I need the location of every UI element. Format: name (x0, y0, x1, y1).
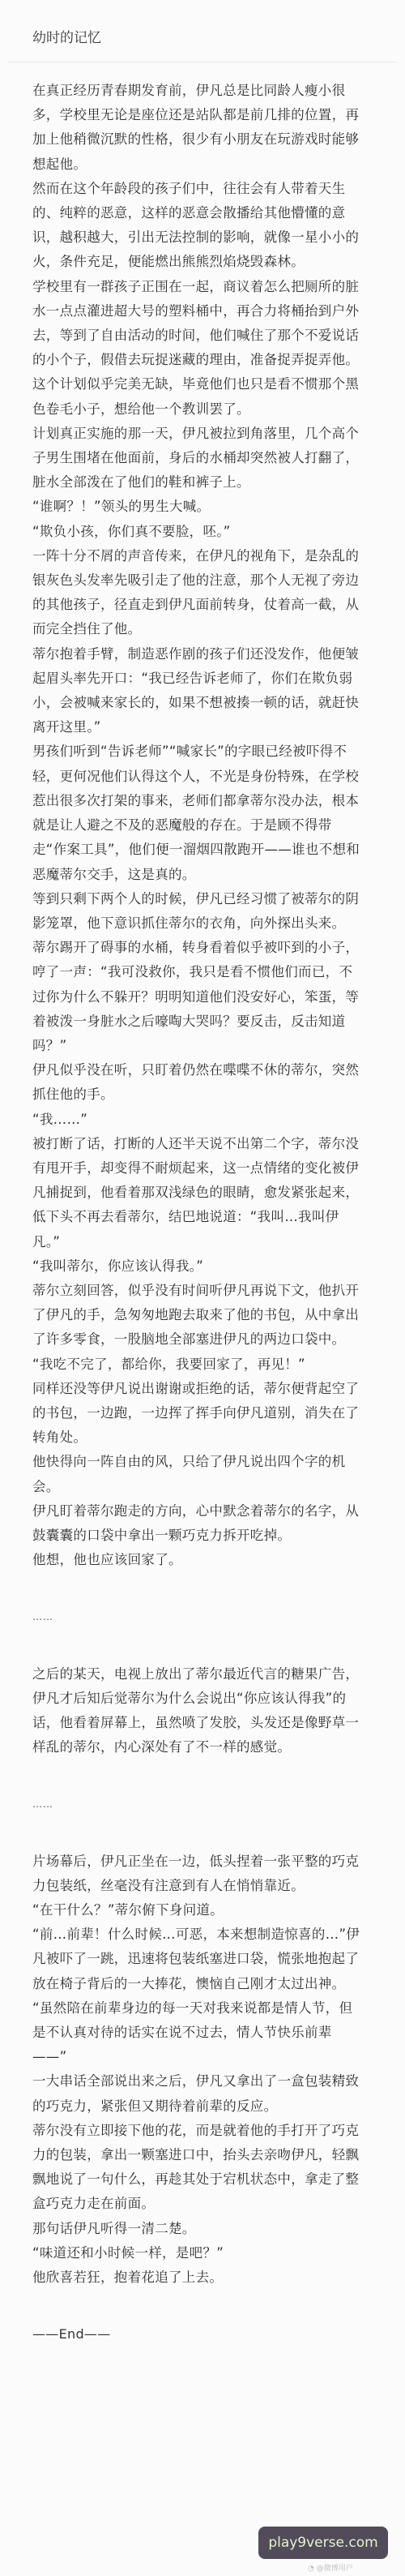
paragraph: 那句话伊凡听得一清二楚。 (32, 2217, 366, 2241)
paragraph: 蒂尔立刻回答，似乎没有时间听伊凡再说下文，他扒开了伊凡的手，急匆匆地跑去取来了他… (32, 1279, 366, 1352)
end-marker: ——End—— (32, 2326, 111, 2342)
end-row: ——End—— (32, 2322, 366, 2371)
paragraph: 同样还没等伊凡说出谢谢或拒绝的话，蒂尔便背起空了的书包，一边跑，一边挥了挥手向伊… (32, 1377, 366, 1451)
paragraph: “欺负小孩，你们真不要脸，呸。” (32, 520, 366, 544)
weibo-watermark: ◔ @微博用户 (308, 2562, 353, 2573)
paragraph: 这个计划似乎完美无缺，毕竟他们也只是看不惯那个黑色卷毛小子，想给他一个教训罢了。 (32, 372, 366, 421)
article-body: 在真正经历青春期发育前，伊凡总是比同龄人瘦小很多，学校里无论是座位还是站队都是前… (0, 62, 399, 2371)
paragraph: 之后的某天，电视上放出了蒂尔最近代言的糖果广告，伊凡才后知后觉蒂尔为什么会说出“… (32, 1662, 366, 1760)
paragraph: 伊凡盯着蒂尔跑走的方向，心中默念着蒂尔的名字，从鼓囊囊的口袋中拿出一颗巧克力拆开… (32, 1499, 366, 1548)
paragraph: 男孩们听到“告诉老师”“喊家长”的字眼已经被吓得不轻，更何况他们认得这个人，不光… (32, 739, 366, 886)
site-watermark-badge: play9verse.com (258, 2527, 388, 2559)
paragraph: “前…前辈！什么时候…可恶，本来想制造惊喜的…”伊凡被吓了一跳，迅速将包装纸塞进… (32, 1922, 366, 1996)
paragraph: “虽然陪在前辈身边的每一天对我来说都是情人节，但是不认真对待的话实在说不过去，情… (32, 1996, 366, 2070)
paragraph: 他快得向一阵自由的风，只给了伊凡说出四个字的机会。 (32, 1450, 366, 1498)
paragraph: “我……” (32, 1108, 366, 1132)
section-3: 片场幕后，伊凡正坐在一边，低头捏着一张平整的巧克力包装纸，丝毫没有注意到有人在悄… (32, 1849, 366, 2291)
paragraph: “谁啊？！”领头的男生大喊。 (32, 495, 366, 519)
section-2: 之后的某天，电视上放出了蒂尔最近代言的糖果广告，伊凡才后知后觉蒂尔为什么会说出“… (32, 1662, 366, 1760)
paragraph: 在真正经历青春期发育前，伊凡总是比同龄人瘦小很多，学校里无论是座位还是站队都是前… (32, 79, 366, 177)
paragraph: 蒂尔没有立即接下他的花，而是就着他的手打开了巧克力的包装，拿出一颗塞进口中，抬头… (32, 2119, 366, 2217)
paragraph: 然而在这个年龄段的孩子们中，往往会有人带着天生的、纯粹的恶意，这样的恶意会散播给… (32, 177, 366, 275)
article-title: 幼时的记忆 (32, 28, 373, 49)
paragraph: “味道还和小时候一样，是吧？” (32, 2241, 366, 2265)
section-separator: …… (32, 1605, 366, 1629)
section-separator: …… (32, 1792, 366, 1816)
paragraph: 蒂尔抱着手臂，制造恶作剧的孩子们还没发作，他便皱起眉头率先开口：“我已经告诉老师… (32, 642, 366, 740)
paragraph: 他想，他也应该回家了。 (32, 1548, 366, 1572)
paragraph: “在干什么？”蒂尔俯下身问道。 (32, 1898, 366, 1922)
paragraph: 他欣喜若狂，抱着花追了上去。 (32, 2265, 366, 2290)
paragraph: 片场幕后，伊凡正坐在一边，低头捏着一张平整的巧克力包装纸，丝毫没有注意到有人在悄… (32, 1849, 366, 1898)
paragraph: 等到只剩下两个人的时候，伊凡已经习惯了被蒂尔的阴影笼罩，他下意识抓住蒂尔的衣角，… (32, 887, 366, 936)
weibo-icon: ◔ (308, 2565, 314, 2573)
article-header: 幼时的记忆 (0, 0, 405, 62)
paragraph: 一大串话全部说出来之后，伊凡又拿出了一盒包装精致的巧克力，紧张但又期待着前辈的反… (32, 2069, 366, 2118)
paragraph: 被打断了话，打断的人还半天说不出第二个字，蒂尔没有甩开手，却变得不耐烦起来，这一… (32, 1132, 366, 1254)
paragraph: 伊凡似乎没在听，只盯着仍然在喋喋不休的蒂尔，突然抓住他的手。 (32, 1058, 366, 1107)
section-1: 在真正经历青春期发育前，伊凡总是比同龄人瘦小很多，学校里无论是座位还是站队都是前… (32, 79, 366, 1572)
paragraph: 计划真正实施的那一天，伊凡被拉到角落里，几个高个子男生围堵在他面前，身后的水桶却… (32, 422, 366, 495)
paragraph: “我吃不完了，都给你，我要回家了，再见！” (32, 1352, 366, 1377)
watermark-text: @微博用户 (317, 2565, 353, 2573)
paragraph: “我叫蒂尔，你应该认得我。” (32, 1254, 366, 1279)
paragraph: 蒂尔踢开了碍事的水桶，转身看着似乎被吓到的小子，哼了一声：“我可没救你，我只是看… (32, 936, 366, 1058)
paragraph: 一阵十分不屑的声音传来，在伊凡的视角下，是杂乱的银灰色头发率先吸引走了他的注意，… (32, 544, 366, 642)
paragraph: 学校里有一群孩子正围在一起，商议着怎么把厕所的脏水一点点灌进超大号的塑料桶中，再… (32, 275, 366, 373)
